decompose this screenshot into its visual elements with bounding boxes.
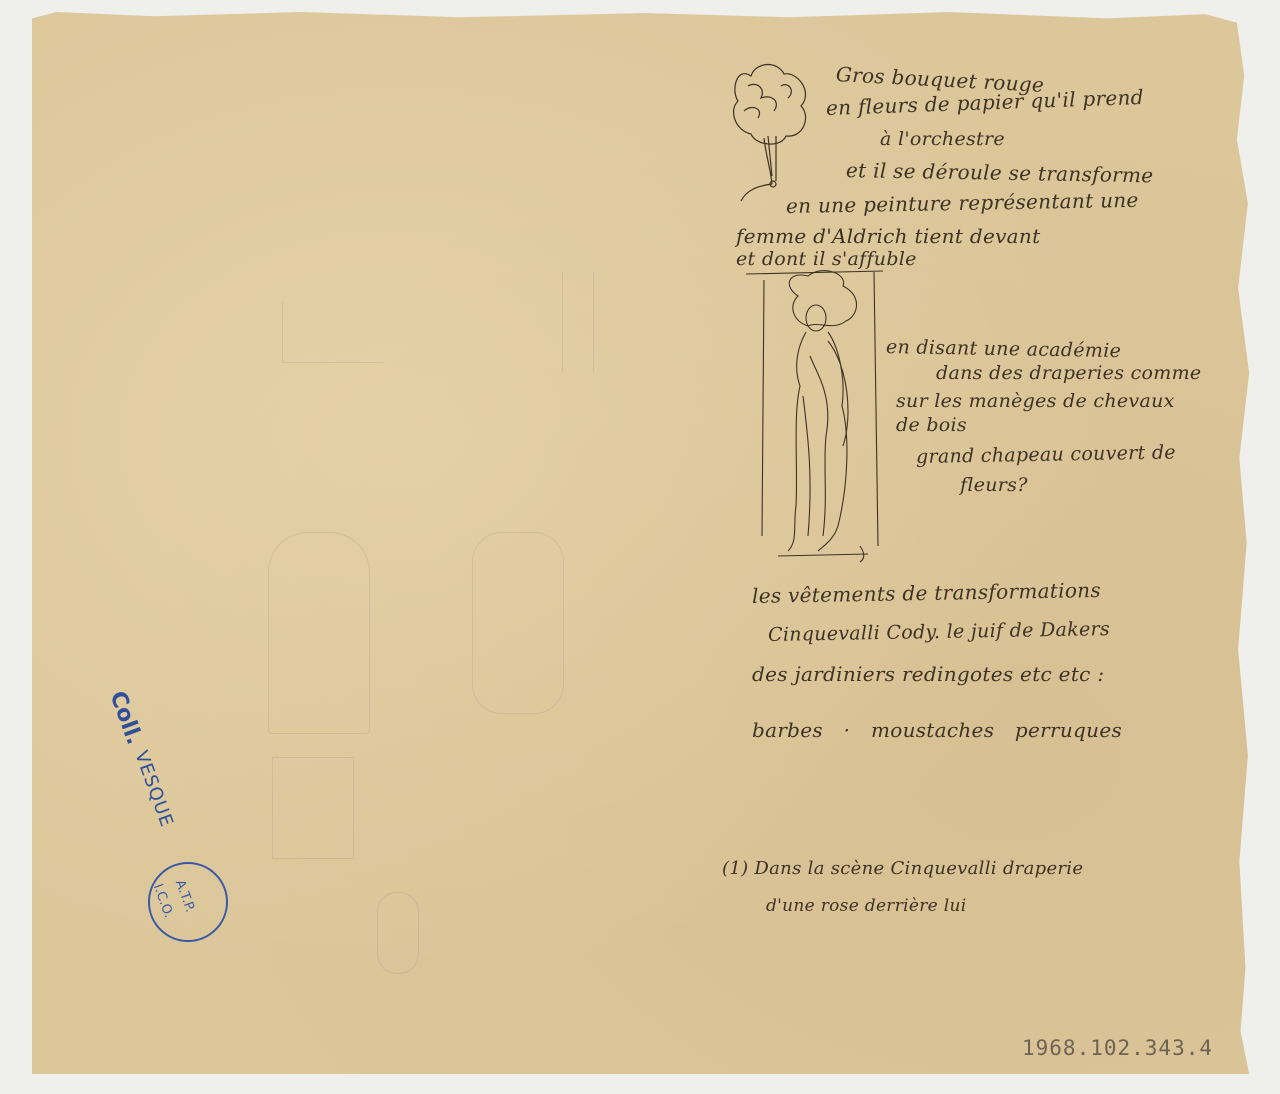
bleed-through-sketch — [282, 302, 383, 363]
bleed-through-sketch — [472, 532, 564, 714]
note-line: sur les manèges de chevaux — [896, 390, 1175, 412]
bleed-through-sketch — [268, 532, 370, 734]
bleed-through-sketch — [377, 892, 419, 974]
accession-number: 1968.102.343.4 — [1022, 1036, 1213, 1060]
note-line: en disant une académie — [886, 336, 1122, 362]
bleed-through-sketch — [562, 272, 594, 372]
note-line: et dont il s'affuble — [736, 248, 917, 270]
circle-stamp-line2: I.C.O. — [150, 882, 176, 920]
circle-stamp-line1: A.T.P. — [172, 878, 197, 914]
note-line: de bois — [896, 414, 967, 436]
note-line: femme d'Aldrich tient devant — [736, 224, 1040, 248]
note-line: d'une rose derrière lui — [766, 896, 966, 916]
institution-circle-stamp: A.T.P. I.C.O. — [148, 862, 228, 942]
note-line: grand chapeau couvert de — [916, 441, 1176, 468]
note-line: des jardiniers redingotes etc etc : — [752, 662, 1104, 686]
note-line: à l'orchestre — [880, 128, 1005, 150]
note-line: (1) Dans la scène Cinquevalli draperie — [722, 858, 1083, 879]
note-line: fleurs? — [960, 474, 1028, 496]
bleed-through-sketch — [272, 757, 354, 859]
sketch-bouquet — [726, 56, 816, 206]
note-line: dans des draperies comme — [936, 362, 1201, 384]
sketch-draped-woman — [738, 266, 888, 566]
note-line: barbes · moustaches perruques — [752, 718, 1122, 742]
